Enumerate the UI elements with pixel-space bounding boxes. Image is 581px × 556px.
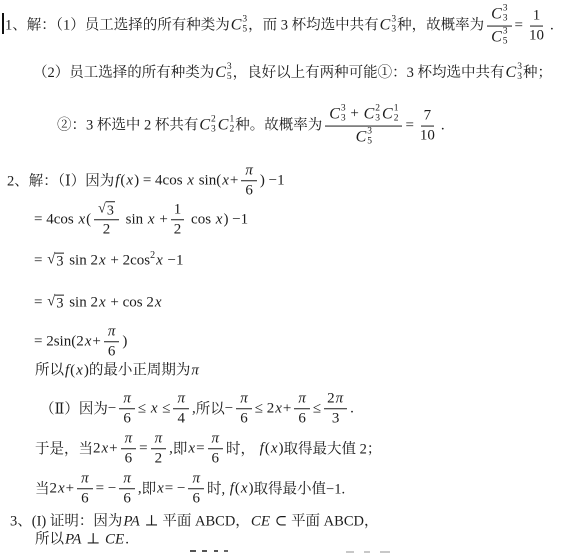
math-upright-run: ≤ [138, 400, 150, 419]
math-upright-run: = [34, 294, 46, 313]
combination-symbol: C35 [491, 28, 507, 48]
text-run: 即 [173, 440, 188, 458]
text-run: ，良好以上有两种可能①：3 杯均选中共有 [233, 64, 505, 82]
problem2-part2-range: （Ⅱ）因为−π6≤ x ≤π4,所以−π6≤ 2x+π6≤2π3. [40, 390, 354, 428]
text-run: 2、解：（Ⅰ）因为 [7, 172, 114, 190]
fraction-numerator: 2π [324, 390, 347, 409]
math-variable: PA [122, 513, 140, 532]
math-variable: x [221, 172, 230, 191]
combination-subscript: 3 [503, 15, 508, 25]
fraction-denominator: 6 [120, 410, 134, 428]
cutoff-text-speck [202, 550, 207, 552]
fraction-denominator: 6 [105, 343, 119, 361]
radicand: 3 [55, 294, 64, 312]
combination-base: C [364, 105, 375, 123]
math-fraction: π6 [294, 390, 310, 428]
combination-subscript: 5 [227, 73, 232, 83]
combination-base: C [199, 116, 210, 136]
fraction-denominator: 6 [78, 490, 92, 508]
combination-symbol: C23 [199, 116, 215, 136]
math-upright-run: 2 [174, 222, 182, 239]
text-run: 时, [207, 480, 229, 498]
math-upright-run: ) −1 [260, 172, 285, 191]
text-run: 于是，当 [35, 440, 93, 458]
math-upright-run: 6 [212, 451, 220, 468]
fraction-numerator: π [77, 470, 93, 489]
math-variable: π [154, 430, 164, 447]
math-upright-run: 2 [93, 440, 101, 459]
fraction-numerator: π [241, 162, 257, 181]
text-run: （Ⅱ）因为 [40, 400, 108, 418]
math-variable: x [98, 252, 107, 271]
math-upright-run: = [34, 252, 46, 271]
math-upright-run: 3 [332, 411, 340, 428]
combination-scripts: 12 [394, 105, 399, 125]
fraction-denominator: C35 [487, 27, 511, 48]
math-upright-run: sin 2 [65, 252, 98, 271]
radical-sign: √ [47, 252, 55, 267]
math-upright-run: ( [86, 211, 91, 230]
math-upright-run: 10 [420, 128, 435, 145]
combination-symbol: C33 [329, 105, 345, 125]
fraction-denominator: 6 [237, 410, 251, 428]
combination-scripts: 35 [227, 63, 232, 83]
text-run: 取得最小值−1. [254, 480, 346, 498]
math-upright-run: 6 [245, 183, 253, 200]
math-variable: PA [64, 531, 82, 550]
math-superscript: 2 [150, 250, 155, 263]
combination-base: C [382, 105, 393, 123]
combination-scripts: 35 [367, 128, 372, 148]
problem2-step2: = 4cos x(√32 sin x +12 cos x) −1 [34, 201, 248, 239]
math-upright-run: 6 [125, 451, 133, 468]
text-run: ②：3 杯选中 2 杯共有 [57, 117, 198, 135]
text-run: 所以 [196, 400, 225, 418]
problem2-period: 所以f(x)的最小正周期为π [35, 362, 200, 381]
math-variable: π [190, 362, 200, 381]
fraction-denominator: 6 [209, 450, 223, 468]
math-upright-run: 1 [174, 201, 182, 218]
math-upright-run: = − [165, 480, 186, 499]
math-upright-run: 2 [155, 451, 163, 468]
math-variable: CE [104, 531, 125, 550]
combination-base: C [329, 105, 340, 123]
math-variable: π [239, 390, 249, 407]
fraction-denominator: 6 [242, 182, 256, 200]
math-variable: x [215, 211, 224, 230]
math-variable: x [270, 440, 279, 459]
math-upright-run: + [109, 440, 117, 459]
math-upright-run: − [225, 400, 233, 419]
math-upright-run: 6 [298, 411, 306, 428]
fraction-numerator: π [188, 470, 204, 489]
fraction-numerator: π [119, 470, 135, 489]
math-upright-run: 6 [108, 344, 116, 361]
math-variable: x [150, 400, 159, 419]
fraction-numerator: π [294, 390, 310, 409]
radicand: 3 [106, 201, 115, 218]
math-fraction: π4 [173, 390, 189, 428]
text-run: 当 [35, 480, 50, 498]
math-upright-run: + [283, 400, 291, 419]
math-upright-run: sin( [195, 172, 221, 191]
text-run: 取得最大值 2； [284, 440, 382, 458]
math-fraction: C33C35 [487, 5, 511, 48]
math-variable: π [297, 390, 307, 407]
math-upright-run: = [139, 440, 147, 459]
fraction-denominator: 6 [120, 490, 134, 508]
problem3-proof-line2: 所以PA ⊥ CE. [35, 531, 129, 550]
math-upright-run: ) −1 [223, 211, 248, 230]
combination-symbol: C33 [380, 16, 396, 36]
math-variable: π [122, 470, 132, 487]
combination-subscript: 3 [341, 115, 346, 125]
math-upright-run: 2 [50, 480, 58, 499]
math-upright-run: ) = 4cos [134, 172, 186, 191]
combination-base: C [506, 63, 517, 83]
math-upright-run: + [230, 172, 238, 191]
math-upright-run: 6 [81, 491, 89, 508]
square-root: √3 [47, 252, 64, 270]
radicand: 3 [55, 252, 64, 270]
math-variable: π [244, 162, 254, 179]
math-variable: π [107, 323, 117, 340]
fraction-denominator: 4 [174, 410, 188, 428]
fraction-denominator: 2 [100, 220, 114, 238]
math-upright-run: 6 [123, 411, 131, 428]
math-fraction: π6 [188, 470, 204, 508]
math-upright-run: cos [187, 211, 215, 230]
math-upright-run: + [66, 480, 74, 499]
fraction-denominator: 10 [526, 27, 547, 45]
math-upright-run: 2 [103, 221, 111, 238]
math-fraction: π6 [236, 390, 252, 428]
combination-symbol: C35 [231, 16, 247, 36]
text-run: 3、(I) 证明：因为 [10, 513, 122, 531]
combination-symbol: C33 [491, 5, 507, 25]
math-variable: x [187, 440, 196, 459]
combination-base: C [231, 16, 242, 36]
combination-subscript: 3 [211, 126, 216, 136]
math-fraction: 2π3 [324, 390, 347, 428]
combination-subscript: 3 [517, 73, 522, 83]
combination-scripts: 33 [517, 63, 522, 83]
fraction-denominator: 6 [189, 490, 203, 508]
combination-base: C [218, 116, 229, 136]
math-upright-run: + [156, 211, 168, 230]
math-upright-run: . [350, 400, 354, 419]
text-run: 种。故概率为 [235, 117, 322, 135]
math-upright-run: + 2cos [107, 252, 150, 271]
combination-subscript: 3 [375, 115, 380, 125]
combination-scripts: 35 [503, 28, 508, 48]
math-variable: x [154, 294, 163, 313]
math-upright-run: ≤ [313, 400, 321, 419]
math-upright-run: 6 [123, 491, 131, 508]
math-variable: x [84, 333, 93, 352]
math-variable: π [122, 390, 132, 407]
combination-scripts: 23 [375, 105, 380, 125]
fraction-numerator: π [119, 390, 135, 409]
math-upright-run: 6 [192, 491, 200, 508]
math-upright-run: −1 [164, 252, 184, 271]
cutoff-text-speck [346, 551, 354, 553]
problem2-step1: 2、解：（Ⅰ）因为f(x) = 4cos x sin(x+π6) −1 [7, 162, 285, 200]
fraction-denominator: 2 [171, 221, 185, 239]
cutoff-text-speck [190, 550, 196, 552]
math-variable: π [191, 470, 201, 487]
problem1-part2-line1: （2）员工选择的所有种类为C35，良好以上有两种可能①：3 杯均选中共有C33种… [33, 63, 552, 83]
problem2-step4: = √3 sin 2x + cos 2x [34, 294, 163, 313]
math-upright-run: ) [122, 333, 127, 352]
math-fraction: √32 [94, 201, 119, 238]
math-upright-run: − [108, 400, 116, 419]
math-upright-run: ⊥ [82, 531, 104, 550]
math-variable: CE [250, 513, 271, 532]
math-upright-run: = − [96, 480, 117, 499]
problem2-step5: = 2sin(2x+π6) [34, 323, 127, 361]
fraction-denominator: 6 [295, 410, 309, 428]
document-page: 1、解：（1）员工选择的所有种类为C35，而 3 杯均选中共有C33种，故概率为… [0, 0, 581, 556]
problem2-min-value: 当2x+π6= −π6,即x= −π6时, f(x)取得最小值−1. [35, 470, 345, 508]
math-upright-run: ≤ 2 [255, 400, 274, 419]
cutoff-text-speck [364, 551, 370, 553]
math-upright-run: ⊂ [271, 513, 291, 532]
math-upright-run: 7 [424, 107, 432, 124]
fraction-numerator: C33 + C23C12 [325, 105, 402, 127]
fraction-numerator: √3 [94, 201, 119, 220]
math-variable: π [211, 430, 221, 447]
square-root: √3 [98, 201, 115, 218]
math-upright-run: . [550, 17, 554, 36]
combination-subscript: 3 [391, 26, 396, 36]
math-variable: x [240, 480, 249, 499]
math-fraction: π6 [104, 323, 120, 361]
math-upright-run: + [92, 333, 100, 352]
combination-base: C [215, 63, 226, 83]
fraction-numerator: π [236, 390, 252, 409]
combination-symbol: C35 [215, 63, 231, 83]
math-upright-run: 2 [327, 390, 335, 407]
text-run: ，而 3 杯均选中共有 [248, 17, 379, 35]
math-fraction: 12 [171, 201, 185, 239]
math-upright-run: 6 [240, 411, 248, 428]
fraction-numerator: π [208, 430, 224, 449]
cutoff-text-speck [214, 550, 218, 552]
fraction-denominator: C35 [352, 127, 376, 148]
text-run: 平面 ABCD， [162, 513, 249, 531]
math-fraction: π6 [241, 162, 257, 200]
text-run: 平面 ABCD， [291, 513, 378, 531]
combination-scripts: 12 [229, 116, 234, 136]
combination-subscript: 5 [242, 26, 247, 36]
math-upright-run: = 4cos [34, 211, 77, 230]
math-variable: x [101, 440, 110, 459]
fraction-denominator: 6 [122, 450, 136, 468]
math-fraction: π2 [151, 430, 167, 468]
combination-symbol: C12 [218, 116, 234, 136]
math-variable: x [77, 211, 86, 230]
math-variable: x [156, 480, 165, 499]
math-upright-run: sin [122, 211, 147, 230]
math-fraction: π6 [119, 470, 135, 508]
math-variable: π [176, 390, 186, 407]
math-variable: x [147, 211, 156, 230]
text-cursor[interactable] [2, 13, 4, 34]
combination-base: C [356, 128, 367, 146]
math-variable: x [186, 172, 195, 191]
combination-scripts: 23 [211, 116, 216, 136]
combination-base: C [380, 16, 391, 36]
math-fraction: π6 [119, 390, 135, 428]
problem3-proof-line1: 3、(I) 证明：因为PA ⊥ 平面 ABCD，CE ⊂ 平面 ABCD， [10, 513, 378, 532]
fraction-numerator: 1 [171, 201, 185, 220]
text-run: 的最小正周期为 [89, 362, 191, 380]
math-upright-run: 4 [177, 411, 185, 428]
radical-sign: √ [47, 294, 55, 309]
combination-scripts: 33 [341, 105, 346, 125]
combination-subscript: 5 [503, 37, 508, 47]
fraction-numerator: π [121, 430, 137, 449]
math-variable: x [75, 362, 84, 381]
combination-symbol: C23 [364, 105, 380, 125]
text-run: 1、解：（1）员工选择的所有种类为 [5, 17, 230, 35]
fraction-numerator: π [104, 323, 120, 342]
problem1-part1: 1、解：（1）员工选择的所有种类为C35，而 3 杯均选中共有C33种，故概率为… [5, 5, 554, 48]
math-upright-run: sin 2 [65, 294, 98, 313]
math-variable: π [335, 390, 345, 407]
math-fraction: C33 + C23C12C35 [325, 105, 402, 148]
combination-scripts: 35 [242, 16, 247, 36]
math-upright-run: 1 [533, 7, 541, 24]
combination-subscript: 2 [229, 126, 234, 136]
math-upright-run: = [196, 440, 204, 459]
math-upright-run: 10 [529, 28, 544, 45]
text-run: 即 [142, 480, 157, 498]
math-variable: x [274, 400, 283, 419]
text-run: （2）员工选择的所有种类为 [33, 64, 214, 82]
text-run: 时， [226, 440, 259, 458]
fraction-denominator: 3 [329, 410, 343, 428]
math-upright-run: = [405, 117, 413, 136]
math-fraction: π6 [121, 430, 137, 468]
radical-sign: √ [98, 201, 106, 216]
math-upright-run: . [125, 531, 129, 550]
math-upright-run: + cos 2 [107, 294, 154, 313]
math-upright-run: . [441, 117, 445, 136]
combination-symbol: C33 [506, 63, 522, 83]
math-upright-run: = [515, 17, 523, 36]
text-run: 所以 [35, 531, 64, 549]
math-variable: x [155, 252, 164, 271]
math-upright-run: + [347, 106, 363, 123]
fraction-denominator: 10 [417, 127, 438, 145]
fraction-numerator: π [151, 430, 167, 449]
math-variable: π [124, 430, 134, 447]
fraction-numerator: 1 [530, 7, 544, 26]
combination-base: C [491, 28, 502, 46]
combination-scripts: 33 [391, 16, 396, 36]
combination-subscript: 5 [367, 137, 372, 147]
combination-symbol: C12 [382, 105, 398, 125]
cutoff-text-speck [224, 550, 228, 552]
math-variable: x [57, 480, 66, 499]
text-run: 所以 [35, 362, 64, 380]
combination-subscript: 2 [394, 115, 399, 125]
problem1-part2-line2: ②：3 杯选中 2 杯共有C23C12种。故概率为C33 + C23C12C35… [57, 105, 445, 148]
text-run: 种； [523, 64, 552, 82]
math-fraction: 110 [526, 7, 547, 45]
math-variable: x [125, 172, 134, 191]
fraction-numerator: π [173, 390, 189, 409]
cutoff-text-speck [380, 551, 390, 553]
math-variable: π [80, 470, 90, 487]
problem2-step3: = √3 sin 2x + 2cos2x −1 [34, 252, 183, 271]
math-upright-run: ⊥ [141, 513, 163, 532]
math-fraction: 710 [417, 107, 438, 145]
combination-symbol: C35 [356, 128, 372, 148]
square-root: √3 [47, 294, 64, 312]
fraction-numerator: 7 [421, 107, 435, 126]
text-run: 种，故概率为 [397, 17, 484, 35]
math-upright-run: ≤ [159, 400, 171, 419]
math-fraction: π6 [208, 430, 224, 468]
math-variable: x [98, 294, 107, 313]
math-fraction: π6 [77, 470, 93, 508]
problem2-max-value: 于是，当2x+π6=π2,即x=π6时， f(x)取得最大值 2； [35, 430, 381, 468]
fraction-numerator: C33 [487, 5, 511, 27]
combination-scripts: 33 [503, 5, 508, 25]
math-upright-run: = 2sin(2 [34, 333, 84, 352]
combination-base: C [491, 5, 502, 23]
fraction-denominator: 2 [152, 450, 166, 468]
